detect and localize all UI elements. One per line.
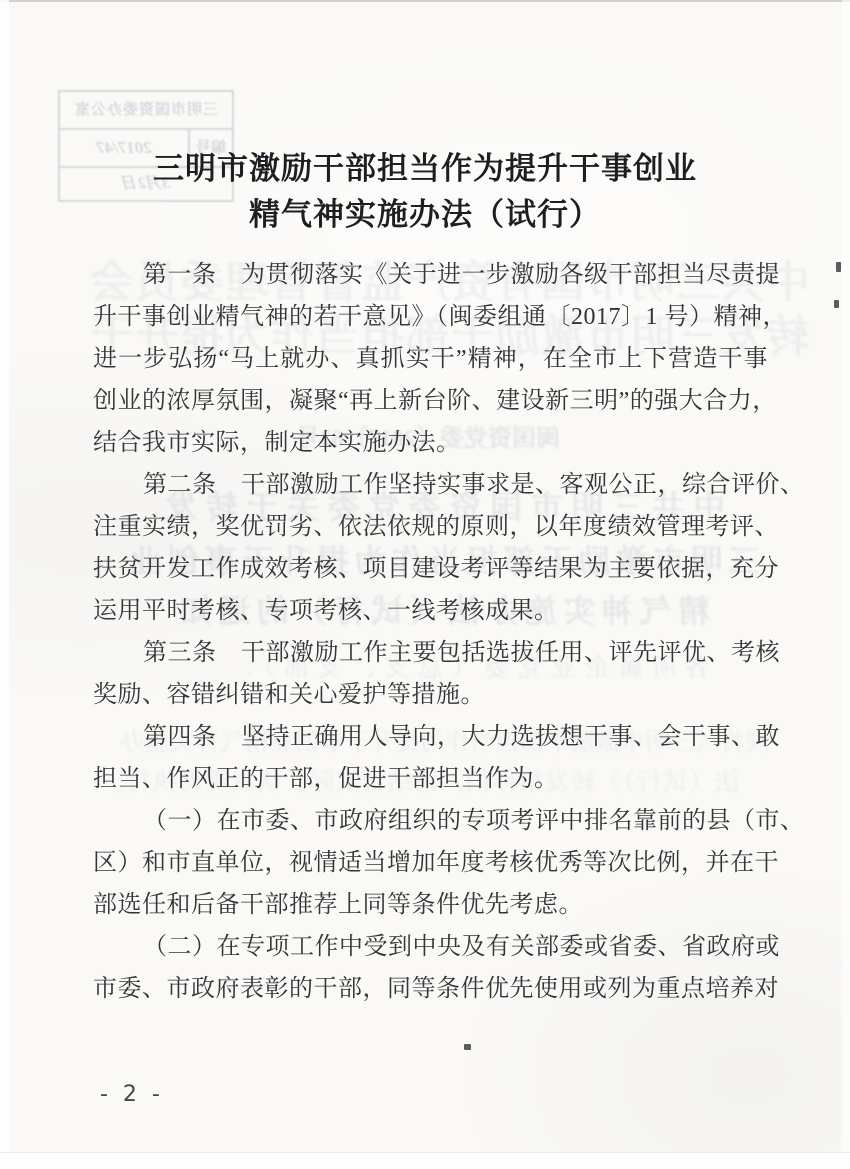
text-line: 运用平时考核、专项考核、一线考核成果。 (93, 590, 768, 632)
scan-bottom-edge (0, 1152, 850, 1169)
scan-speck (464, 1044, 471, 1050)
document-body: 第一条 为贯彻落实《关于进一步激励各级干部担当尽责提升干事创业精气神的若干意见》… (93, 254, 768, 1010)
text-line: 第二条 干部激励工作坚持实事求是、客观公正，综合评价、 (93, 464, 768, 506)
text-line: 结合我市实际，制定本实施办法。 (93, 422, 768, 464)
text-line: （一）在市委、市政府组织的专项考评中排名靠前的县（市、 (93, 800, 768, 842)
scanned-page: 中共三明市国有资产监督管理委员会转发三明市激励干部担当作为提升干闽国资党委〔20… (0, 0, 850, 1169)
scan-top-edge (0, 0, 850, 2)
document-title-line-1: 三明市激励干部担当作为提升干事创业 (0, 146, 850, 192)
text-line: 市委、市政府表彰的干部，同等条件优先使用或列为重点培养对 (93, 968, 768, 1010)
text-line: 第一条 为贯彻落实《关于进一步激励各级干部担当尽责提 (93, 254, 768, 296)
text-line: 担当、作风正的干部，促进干部担当作为。 (93, 758, 768, 800)
scan-right-edge (842, 0, 850, 1169)
text-line: 升干事创业精气神的若干意见》（闽委组通〔2017〕1 号）精神， (93, 296, 768, 338)
document-title-line-2: 精气神实施办法（试行） (0, 192, 850, 238)
scan-speck (836, 262, 841, 272)
text-line: 区）和市直单位，视情适当增加年度考核优秀等次比例，并在干 (93, 842, 768, 884)
text-line: 奖励、容错纠错和关心爱护等措施。 (93, 674, 768, 716)
stamp-office-name: 三明市国资委办公室 (60, 92, 232, 128)
scan-speck (834, 300, 839, 308)
scan-left-edge (0, 0, 9, 1169)
text-line: 进一步弘扬“马上就办、真抓实干”精神，在全市上下营造干事 (93, 338, 768, 380)
page-number: - 2 - (100, 1082, 164, 1107)
text-line: （二）在专项工作中受到中央及有关部委或省委、省政府或 (93, 926, 768, 968)
text-line: 第四条 坚持正确用人导向，大力选拔想干事、会干事、敢 (93, 716, 768, 758)
text-line: 创业的浓厚氛围，凝聚“再上新台阶、建设新三明”的强大合力， (93, 380, 768, 422)
text-line: 注重实绩，奖优罚劣、依法依规的原则，以年度绩效管理考评、 (93, 506, 768, 548)
text-line: 第三条 干部激励工作主要包括选拔任用、评先评优、考核 (93, 632, 768, 674)
text-line: 扶贫开发工作成效考核、项目建设考评等结果为主要依据，充分 (93, 548, 768, 590)
text-line: 部选任和后备干部推荐上同等条件优先考虑。 (93, 884, 768, 926)
